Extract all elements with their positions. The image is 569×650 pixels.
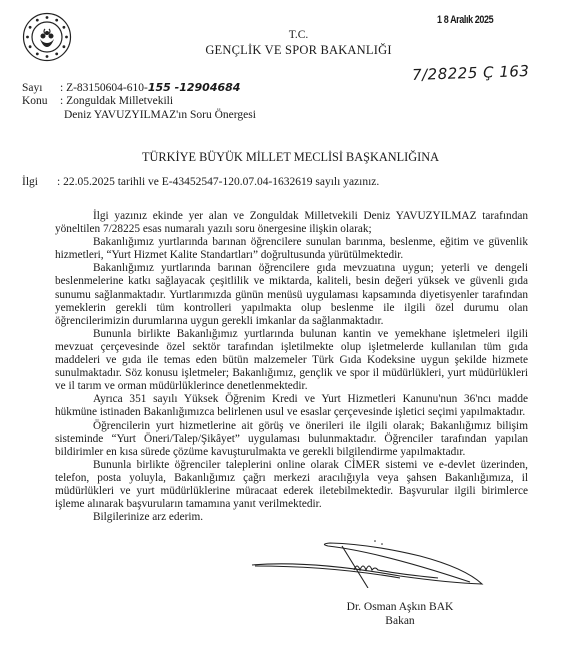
paragraph: Bakanlığımız yurtlarında barınan öğrenci… (55, 262, 528, 327)
konu-line2: Deniz YAVUZYILMAZ'ın Soru Önergesi (64, 109, 256, 121)
tc-heading: T.C. (0, 29, 569, 41)
handwritten-reference: 7/28225 Ç 163 (412, 62, 530, 84)
sayi-handwritten: 155 -12904684 (148, 81, 241, 94)
addressee: TÜRKİYE BÜYÜK MİLLET MECLİSİ BAŞKANLIĞIN… (0, 150, 569, 165)
ilgi-value: : 22.05.2025 tarihli ve E-43452547-120.0… (57, 176, 379, 188)
sayi-value: : Z-83150604-610- (60, 82, 148, 94)
handwritten-signature-icon (250, 538, 490, 588)
received-date-stamp: 1 8 Aralık 2025 (437, 14, 493, 26)
ministry-name: GENÇLİK VE SPOR BAKANLIĞI (0, 43, 569, 58)
paragraph: Bakanlığımız yurtlarında barınan öğrenci… (55, 236, 528, 262)
ilgi-label: İlgi (22, 176, 57, 188)
konu-line1: : Zonguldak Milletvekili (60, 95, 173, 107)
sayi-label: Sayı (22, 82, 60, 94)
signatory: Dr. Osman Aşkın BAK Bakan (340, 600, 460, 628)
paragraph: İlgi yazınız ekinde yer alan ve Zongulda… (55, 210, 528, 236)
konu-label: Konu (22, 95, 60, 107)
ilgi-row: İlgi: 22.05.2025 tarihli ve E-43452547-1… (22, 176, 379, 188)
signatory-name: Dr. Osman Aşkın BAK (340, 600, 460, 614)
signatory-title: Bakan (340, 614, 460, 628)
sayi-row: Sayı: Z-83150604-610-155 -12904684 (22, 81, 240, 94)
closing-line: Bilgilerinize arz ederim. (55, 511, 528, 524)
konu-row: Konu: Zonguldak Milletvekili (22, 95, 173, 107)
paragraph: Ayrıca 351 sayılı Yüksek Öğrenim Kredi v… (55, 393, 528, 419)
letter-body: İlgi yazınız ekinde yer alan ve Zongulda… (55, 210, 528, 524)
paragraph: Bununla birlikte öğrenciler taleplerini … (55, 459, 528, 511)
paragraph: Bununla birlikte Bakanlığımız yurtlarınd… (55, 328, 528, 393)
paragraph: Öğrencilerin yurt hizmetlerine ait görüş… (55, 420, 528, 459)
